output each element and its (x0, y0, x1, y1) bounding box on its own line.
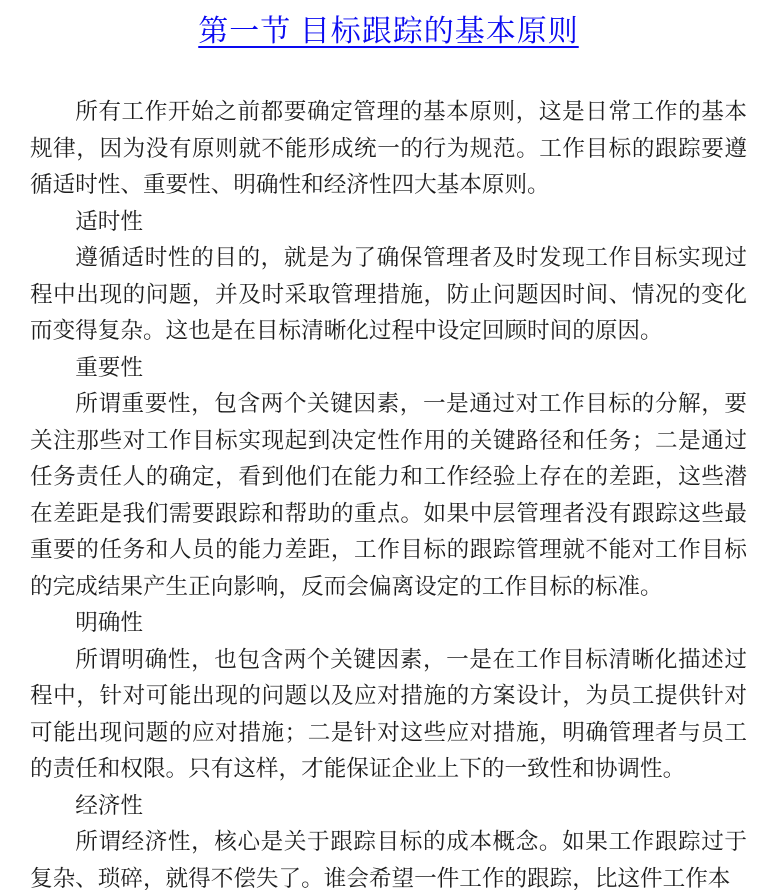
chapter-title: 第一节 目标跟踪的基本原则 (30, 6, 747, 50)
section-heading-clarity: 明确性 (30, 605, 747, 642)
paragraph-clarity: 所谓明确性，也包含两个关键因素，一是在工作目标清晰化描述过程中，针对可能出现的问… (30, 642, 747, 788)
paragraph-intro: 所有工作开始之前都要确定管理的基本原则，这是日常工作的基本规律，因为没有原则就不… (30, 94, 747, 204)
paragraph-importance: 所谓重要性，包含两个关键因素，一是通过对工作目标的分解，要关注那些对工作目标实现… (30, 386, 747, 605)
section-heading-timeliness: 适时性 (30, 204, 747, 241)
document-body: 所有工作开始之前都要确定管理的基本原则，这是日常工作的基本规律，因为没有原则就不… (30, 94, 747, 890)
paragraph-economy: 所谓经济性，核心是关于跟踪目标的成本概念。如果工作跟踪过于复杂、琐碎，就得不偿失… (30, 824, 747, 890)
section-heading-economy: 经济性 (30, 788, 747, 825)
document-page: 第一节 目标跟踪的基本原则 所有工作开始之前都要确定管理的基本原则，这是日常工作… (0, 6, 777, 890)
paragraph-timeliness: 遵循适时性的目的，就是为了确保管理者及时发现工作目标实现过程中出现的问题，并及时… (30, 240, 747, 350)
section-heading-importance: 重要性 (30, 350, 747, 387)
